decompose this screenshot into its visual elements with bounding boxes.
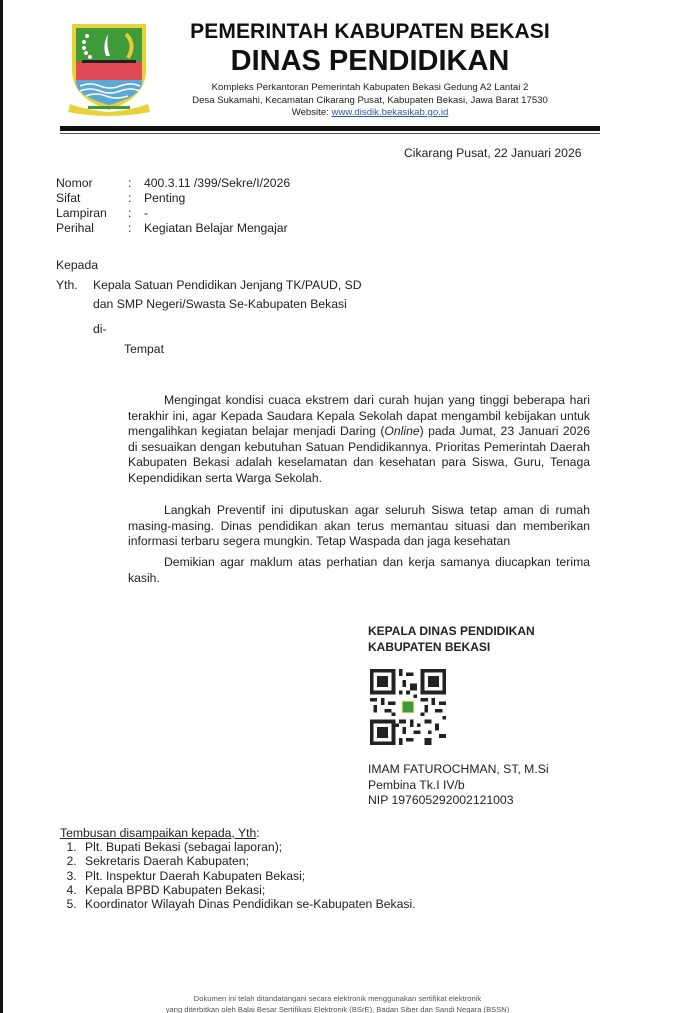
footer-line-1: Dokumen ini telah ditandatangani secara … [0, 993, 675, 1004]
official-letter: PEMERINTAH KABUPATEN BEKASI DINAS PENDID… [0, 0, 675, 1013]
place-date: Cikarang Pusat, 22 Januari 2026 [404, 146, 582, 161]
cc-item: Koordinator Wilayah Dinas Pendidikan se-… [80, 897, 416, 911]
cc-item: Kepala BPBD Kabupaten Bekasi; [80, 883, 416, 897]
qr-code-signature-icon [370, 669, 446, 745]
body-p1-italic: Online [384, 424, 419, 438]
meta-key: Nomor [56, 176, 93, 190]
signatory-details: IMAM FATUROCHMAN, ST, M.Si Pembina Tk.I … [368, 762, 549, 809]
body-paragraph-3: Demikian agar maklum atas perhatian dan … [128, 555, 590, 586]
signatory-title: KEPALA DINAS PENDIDIKAN KABUPATEN BEKASI [368, 623, 535, 655]
signatory-title-line-1: KEPALA DINAS PENDIDIKAN [368, 623, 535, 639]
website-line: Website: www.disdik.bekasikab.go.id [150, 107, 590, 120]
recipient-di: di- [93, 322, 107, 337]
signatory-rank: Pembina Tk.I IV/b [368, 778, 549, 794]
carbon-copy-list: Tembusan disampaikan kepada, Yth: Plt. B… [60, 826, 416, 911]
signatory-nip: NIP 197605292002121003 [368, 793, 549, 809]
meta-key: Perihal [56, 221, 94, 235]
recipient-kepada: Kepada [56, 258, 98, 273]
meta-value: Penting [144, 191, 185, 205]
meta-value: - [144, 206, 148, 220]
recipient-line-2: dan SMP Negeri/Swasta Se-Kabupaten Bekas… [93, 297, 347, 312]
address-line-2: Desa Sukamahi, Kecamatan Cikarang Pusat,… [150, 95, 590, 108]
letterhead-address: Kompleks Perkantoran Pemerintah Kabupate… [150, 82, 590, 120]
address-line-1: Kompleks Perkantoran Pemerintah Kabupate… [150, 82, 590, 95]
letterhead-government-name: PEMERINTAH KABUPATEN BEKASI [150, 20, 590, 44]
cc-item: Plt. Bupati Bekasi (sebagai laporan); [80, 840, 416, 854]
meta-key: Sifat [56, 191, 80, 205]
letterhead-agency-name: DINAS PENDIDIKAN [150, 45, 590, 78]
meta-separator: : [128, 221, 131, 235]
electronic-signature-notice: Dokumen ini telah ditandatangani secara … [0, 993, 675, 1013]
signatory-title-line-2: KABUPATEN BEKASI [368, 639, 535, 655]
recipient-yth: Yth. [56, 278, 78, 293]
meta-separator: : [128, 206, 131, 220]
website-label: Website: [292, 107, 329, 118]
letterhead-divider-thin [60, 133, 600, 134]
regency-coat-of-arms-icon [66, 20, 152, 116]
recipient-tempat: Tempat [124, 342, 164, 357]
footer-line-2: yang diterbitkan oleh Balai Besar Sertif… [0, 1004, 675, 1013]
meta-value: Kegiatan Belajar Mengajar [144, 221, 288, 235]
meta-separator: : [128, 191, 131, 205]
website-link[interactable]: www.disdik.bekasikab.go.id [332, 107, 449, 118]
meta-separator: : [128, 176, 131, 190]
signatory-name: IMAM FATUROCHMAN, ST, M.Si [368, 762, 549, 778]
recipient-line-1: Kepala Satuan Pendidikan Jenjang TK/PAUD… [93, 278, 362, 293]
meta-value: 400.3.11 /399/Sekre/I/2026 [144, 176, 290, 190]
meta-key: Lampiran [56, 206, 107, 220]
cc-item: Plt. Inspektur Daerah Kabupaten Bekasi; [80, 869, 416, 883]
body-paragraph-2: Langkah Preventif ini diputuskan agar se… [128, 503, 590, 550]
cc-heading: Tembusan disampaikan kepada, Yth [60, 826, 256, 840]
cc-item: Sekretaris Daerah Kabupaten; [80, 854, 416, 868]
letterhead-divider-thick [60, 126, 600, 131]
cc-heading-suffix: : [256, 826, 259, 840]
body-paragraph-1: Mengingat kondisi cuaca ekstrem dari cur… [128, 393, 590, 487]
